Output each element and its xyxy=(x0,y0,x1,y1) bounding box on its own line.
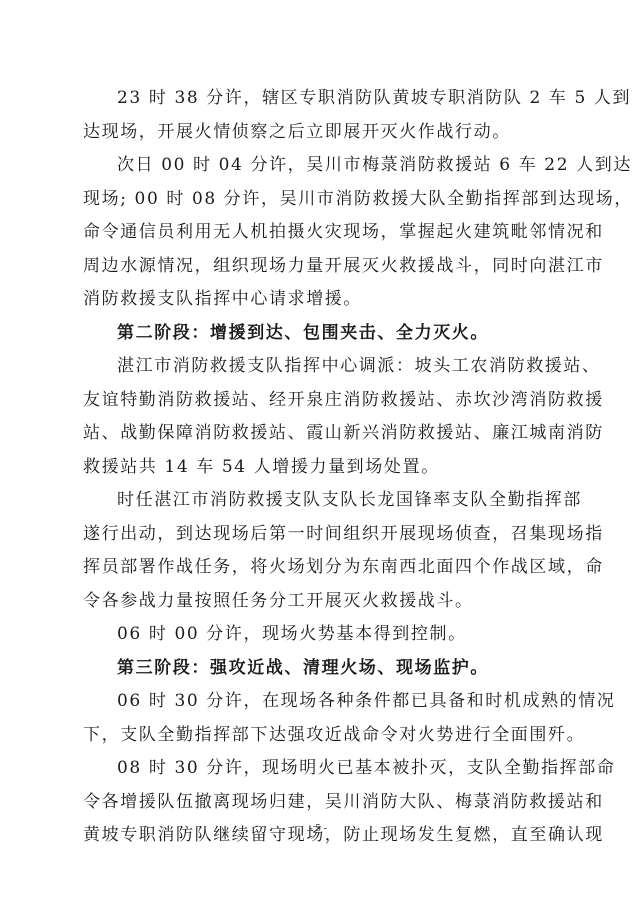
document-body: 23 时 38 分许，辖区专职消防队黄坡专职消防队 2 车 5 人到 达现场，开… xyxy=(83,82,557,853)
text-line: 挥员部署作战任务，将火场划分为东南西北面四个作战区域，命 xyxy=(83,551,557,585)
text-line: 令各参战力量按照任务分工开展灭火救援战斗。 xyxy=(83,585,557,619)
text-line: 时任湛江市消防救援支队支队长龙国锋率支队全勤指挥部 xyxy=(83,484,557,518)
page-number: - 5 - xyxy=(0,822,636,834)
text-line: 06 时 30 分许，在现场各种条件都已具备和时机成熟的情况 xyxy=(83,685,557,719)
text-line: 现场; 00 时 08 分许，吴川市消防救援大队全勤指挥部到达现场， xyxy=(83,183,557,217)
text-line: 23 时 38 分许，辖区专职消防队黄坡专职消防队 2 车 5 人到 xyxy=(83,82,557,116)
text-line: 湛江市消防救援支队指挥中心调派：坡头工农消防救援站、 xyxy=(83,350,557,384)
text-line: 周边水源情况，组织现场力量开展灭火救援战斗，同时向湛江市 xyxy=(83,250,557,284)
text-line: 救援站共 14 车 54 人增援力量到场处置。 xyxy=(83,451,557,485)
text-line: 友谊特勤消防救援站、经开泉庄消防救援站、赤坎沙湾消防救援 xyxy=(83,384,557,418)
text-line: 遂行出动，到达现场后第一时间组织开展现场侦查，召集现场指 xyxy=(83,518,557,552)
text-line: 消防救援支队指挥中心请求增援。 xyxy=(83,283,557,317)
section-heading-stage-2: 第二阶段：增援到达、包围夹击、全力灭火。 xyxy=(83,317,557,351)
text-line: 下，支队全勤指挥部下达强攻近战命令对火势进行全面围歼。 xyxy=(83,719,557,753)
text-line: 08 时 30 分许，现场明火已基本被扑灭，支队全勤指挥部命 xyxy=(83,752,557,786)
text-line: 次日 00 时 04 分许，吴川市梅菉消防救援站 6 车 22 人到达 xyxy=(83,149,557,183)
text-line: 令各增援队伍撤离现场归建，吴川消防大队、梅菉消防救援站和 xyxy=(83,786,557,820)
text-line: 达现场，开展火情侦察之后立即展开灭火作战行动。 xyxy=(83,116,557,150)
text-line: 06 时 00 分许，现场火势基本得到控制。 xyxy=(83,618,557,652)
text-line: 站、战勤保障消防救援站、霞山新兴消防救援站、廉江城南消防 xyxy=(83,417,557,451)
section-heading-stage-3: 第三阶段：强攻近战、清理火场、现场监护。 xyxy=(83,652,557,686)
text-line: 命令通信员利用无人机拍摄火灾现场，掌握起火建筑毗邻情况和 xyxy=(83,216,557,250)
